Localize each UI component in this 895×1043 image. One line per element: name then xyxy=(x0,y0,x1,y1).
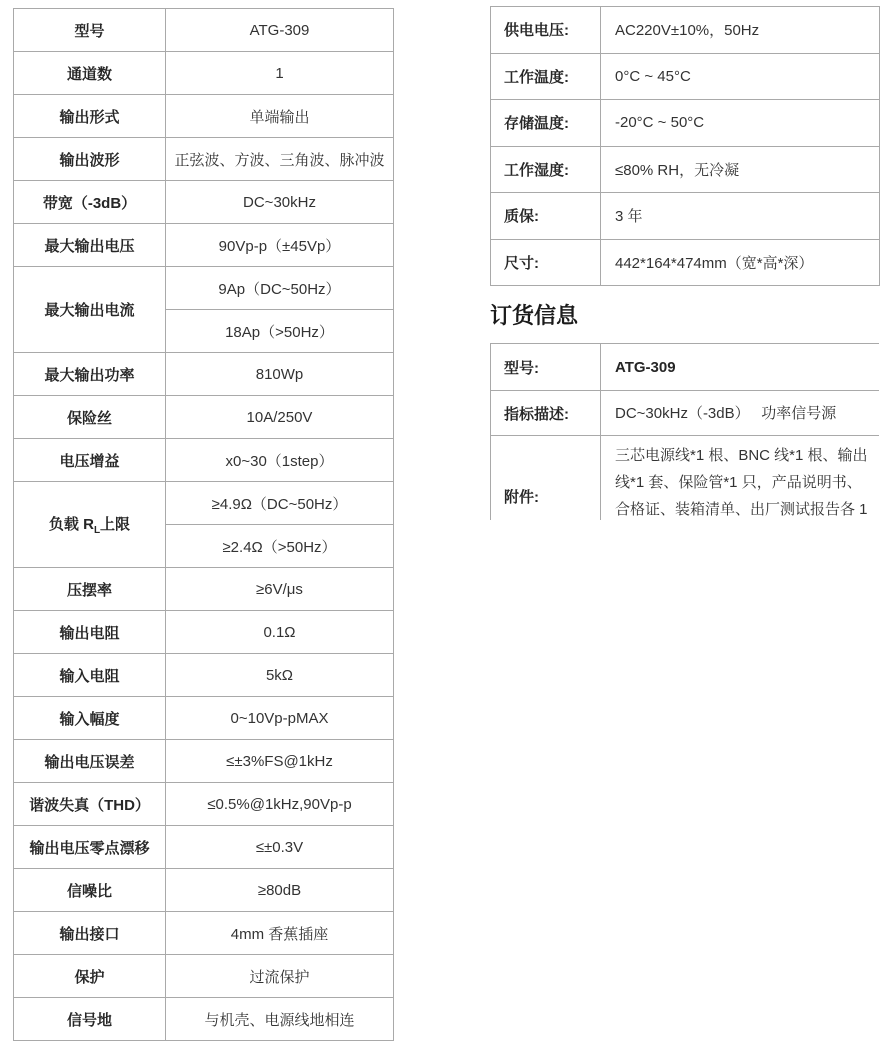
spec-label: 输入幅度 xyxy=(14,697,166,740)
table-row: 附件: 三芯电源线*1 根、BNC 线*1 根、输出线*1 套、保险管*1 只，… xyxy=(491,436,880,521)
table-row: 供电电压: AC220V±10%，50Hz xyxy=(491,7,880,54)
spec-value: 10A/250V xyxy=(166,396,394,439)
env-value: -20°C ~ 50°C xyxy=(601,100,880,147)
table-row: 保险丝 10A/250V xyxy=(14,396,394,439)
spec-label: 信噪比 xyxy=(14,869,166,912)
spec-value: ≤0.5%@1kHz,90Vp-p xyxy=(166,783,394,826)
order-info-heading: 订货信息 xyxy=(490,303,879,329)
spec-label: 谐波失真（THD） xyxy=(14,783,166,826)
env-label: 工作湿度: xyxy=(491,146,601,193)
env-label: 存储温度: xyxy=(491,100,601,147)
spec-label: 输出接口 xyxy=(14,912,166,955)
spec-value: 单端输出 xyxy=(166,95,394,138)
order-table-wrap: 型号: ATG-309 指标描述: DC~30kHz（-3dB） 功率信号源 附… xyxy=(490,343,879,520)
spec-label: 保护 xyxy=(14,955,166,998)
table-row: 保护 过流保护 xyxy=(14,955,394,998)
table-row: 输出波形 正弦波、方波、三角波、脉冲波 xyxy=(14,138,394,181)
spec-value: 与机壳、电源线地相连 xyxy=(166,998,394,1041)
order-value: ATG-309 xyxy=(601,344,880,391)
spec-value: ≥6V/μs xyxy=(166,568,394,611)
spec-label: 最大输出功率 xyxy=(14,353,166,396)
table-row: 质保: 3 年 xyxy=(491,193,880,240)
env-label: 供电电压: xyxy=(491,7,601,54)
spec-value: ATG-309 xyxy=(166,9,394,52)
order-table: 型号: ATG-309 指标描述: DC~30kHz（-3dB） 功率信号源 附… xyxy=(490,343,879,520)
table-row: 型号 ATG-309 xyxy=(14,9,394,52)
spec-value: 810Wp xyxy=(166,353,394,396)
spec-value: ≤±0.3V xyxy=(166,826,394,869)
spec-label: 保险丝 xyxy=(14,396,166,439)
spec-value: 过流保护 xyxy=(166,955,394,998)
spec-label: 负载 RL上限 xyxy=(14,482,166,568)
spec-label: 信号地 xyxy=(14,998,166,1041)
spec-label: 最大输出电压 xyxy=(14,224,166,267)
spec-label: 通道数 xyxy=(14,52,166,95)
spec-value: ≥2.4Ω（>50Hz） xyxy=(166,525,394,568)
table-row: 工作温度: 0°C ~ 45°C xyxy=(491,53,880,100)
spec-value: 1 xyxy=(166,52,394,95)
spec-label: 输出电阻 xyxy=(14,611,166,654)
spec-label: 输出电压误差 xyxy=(14,740,166,783)
table-row: 电压增益 x0~30（1step） xyxy=(14,439,394,482)
spec-label: 输出形式 xyxy=(14,95,166,138)
spec-label: 最大输出电流 xyxy=(14,267,166,353)
spec-value: ≥4.9Ω（DC~50Hz） xyxy=(166,482,394,525)
order-label: 附件: xyxy=(491,436,601,521)
env-value: 3 年 xyxy=(601,193,880,240)
spec-label: 电压增益 xyxy=(14,439,166,482)
order-value: DC~30kHz（-3dB） 功率信号源 xyxy=(601,391,880,436)
table-row: 工作湿度: ≤80% RH，无冷凝 xyxy=(491,146,880,193)
table-row: 负载 RL上限 ≥4.9Ω（DC~50Hz） xyxy=(14,482,394,525)
table-row: 型号: ATG-309 xyxy=(491,344,880,391)
table-row: 尺寸: 442*164*474mm（宽*高*深） xyxy=(491,239,880,286)
table-row: 最大输出功率 810Wp xyxy=(14,353,394,396)
table-row: 存储温度: -20°C ~ 50°C xyxy=(491,100,880,147)
table-row: 带宽（-3dB） DC~30kHz xyxy=(14,181,394,224)
table-row: 输出接口 4mm 香蕉插座 xyxy=(14,912,394,955)
table-row: 通道数 1 xyxy=(14,52,394,95)
order-label: 指标描述: xyxy=(491,391,601,436)
table-row: 输出电压零点漂移 ≤±0.3V xyxy=(14,826,394,869)
spec-table: 型号 ATG-309 通道数 1 输出形式 单端输出 输出波形 正弦波、方波、三… xyxy=(13,8,394,1041)
table-row: 压摆率 ≥6V/μs xyxy=(14,568,394,611)
env-value: AC220V±10%，50Hz xyxy=(601,7,880,54)
spec-value: DC~30kHz xyxy=(166,181,394,224)
spec-value: ≤±3%FS@1kHz xyxy=(166,740,394,783)
env-value: ≤80% RH，无冷凝 xyxy=(601,146,880,193)
spec-value: 4mm 香蕉插座 xyxy=(166,912,394,955)
spec-value: x0~30（1step） xyxy=(166,439,394,482)
spec-value: 18Ap（>50Hz） xyxy=(166,310,394,353)
order-value: 三芯电源线*1 根、BNC 线*1 根、输出线*1 套、保险管*1 只，产品说明… xyxy=(601,436,880,521)
table-row: 输出电压误差 ≤±3%FS@1kHz xyxy=(14,740,394,783)
table-row: 最大输出电压 90Vp-p（±45Vp） xyxy=(14,224,394,267)
spec-label: 带宽（-3dB） xyxy=(14,181,166,224)
spec-value: ≥80dB xyxy=(166,869,394,912)
env-table: 供电电压: AC220V±10%，50Hz 工作温度: 0°C ~ 45°C 存… xyxy=(490,6,880,286)
table-row: 指标描述: DC~30kHz（-3dB） 功率信号源 xyxy=(491,391,880,436)
table-row: 输入电阻 5kΩ xyxy=(14,654,394,697)
spec-label: 输出电压零点漂移 xyxy=(14,826,166,869)
env-label: 质保: xyxy=(491,193,601,240)
env-label: 尺寸: xyxy=(491,239,601,286)
spec-label: 型号 xyxy=(14,9,166,52)
spec-value: 0~10Vp-pMAX xyxy=(166,697,394,740)
spec-value: 正弦波、方波、三角波、脉冲波 xyxy=(166,138,394,181)
spec-value: 5kΩ xyxy=(166,654,394,697)
spec-value: 0.1Ω xyxy=(166,611,394,654)
right-column: 供电电压: AC220V±10%，50Hz 工作温度: 0°C ~ 45°C 存… xyxy=(490,6,879,520)
env-label: 工作温度: xyxy=(491,53,601,100)
table-row: 输出电阻 0.1Ω xyxy=(14,611,394,654)
env-value: 442*164*474mm（宽*高*深） xyxy=(601,239,880,286)
table-row: 输出形式 单端输出 xyxy=(14,95,394,138)
table-row: 信号地 与机壳、电源线地相连 xyxy=(14,998,394,1041)
table-row: 谐波失真（THD） ≤0.5%@1kHz,90Vp-p xyxy=(14,783,394,826)
table-row: 最大输出电流 9Ap（DC~50Hz） xyxy=(14,267,394,310)
table-row: 信噪比 ≥80dB xyxy=(14,869,394,912)
spec-label: 输出波形 xyxy=(14,138,166,181)
spec-label: 压摆率 xyxy=(14,568,166,611)
table-row: 输入幅度 0~10Vp-pMAX xyxy=(14,697,394,740)
env-value: 0°C ~ 45°C xyxy=(601,53,880,100)
order-label: 型号: xyxy=(491,344,601,391)
spec-value: 90Vp-p（±45Vp） xyxy=(166,224,394,267)
spec-value: 9Ap（DC~50Hz） xyxy=(166,267,394,310)
spec-label: 输入电阻 xyxy=(14,654,166,697)
